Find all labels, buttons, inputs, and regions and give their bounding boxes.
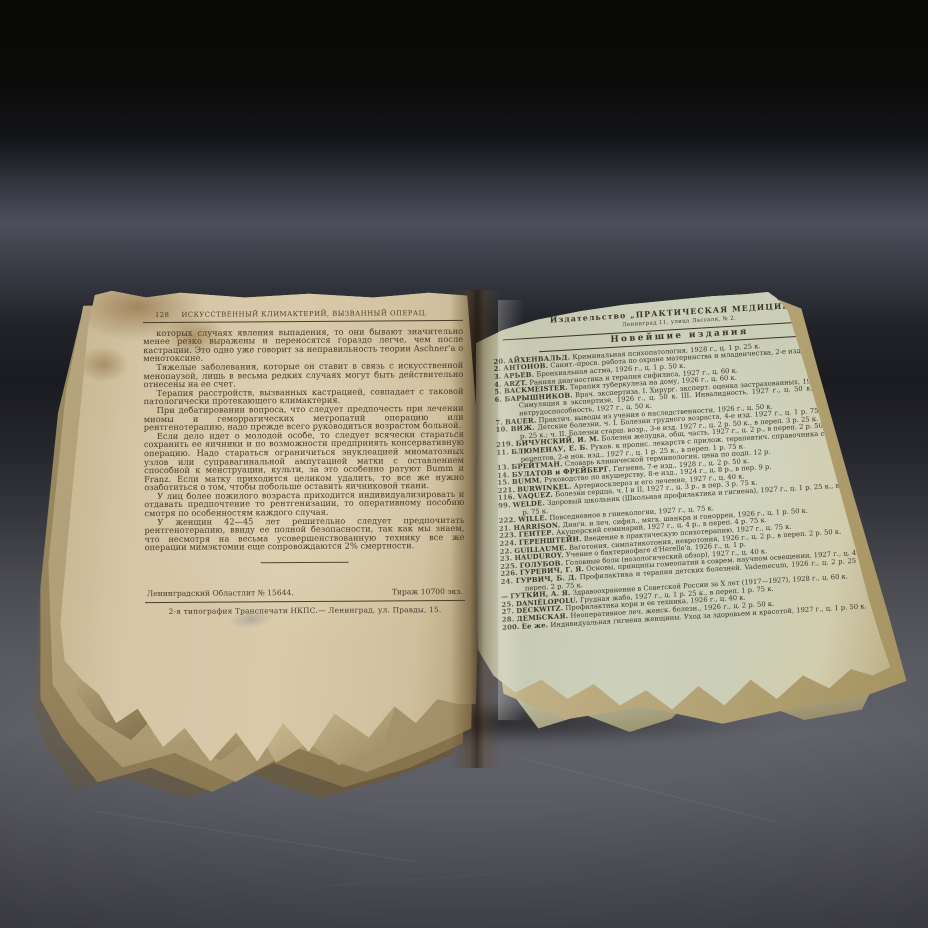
- photo-scene: 128 ИСКУССТВЕННЫЙ КЛИМАКТЕРИЙ, ВЫЗВАННЫЙ…: [0, 0, 928, 928]
- body-paragraph: которых случаях явления выпадения, то он…: [143, 326, 463, 363]
- body-paragraph: При дебатировании вопроса, что следует п…: [144, 404, 464, 432]
- body-paragraph: У женщин 42—45 лет решительно следует пр…: [144, 516, 464, 553]
- catalog-item-number: 200.: [502, 622, 520, 631]
- catalog-item-number: 6.: [495, 395, 503, 403]
- body-paragraph: У лиц более пожилого возраста приходится…: [144, 490, 464, 518]
- imprint-row: Ленинградский Областлит № 15644. Тираж 1…: [145, 588, 465, 603]
- left-page-text-block: 128 ИСКУССТВЕННЫЙ КЛИМАКТЕРИЙ, ВЫЗВАННЫЙ…: [143, 309, 465, 616]
- running-title: ИСКУССТВЕННЫЙ КЛИМАКТЕРИЙ, ВЫЗВАННЫЙ ОПЕ…: [181, 309, 427, 319]
- print-run: Тираж 10700 экз.: [392, 588, 463, 597]
- body-paragraph: Тяжелые заболевания, которые он ставит в…: [143, 361, 463, 389]
- end-rule: [261, 562, 349, 564]
- catalog-item-number: 11.: [496, 448, 509, 457]
- catalog-item-number: 24.: [501, 577, 514, 586]
- body-paragraphs: которых случаях явления выпадения, то он…: [143, 326, 465, 552]
- catalog-item-number: 99.: [498, 501, 511, 510]
- left-page: 128 ИСКУССТВЕННЫЙ КЛИМАКТЕРИЙ, ВЫЗВАННЫЙ…: [52, 288, 480, 766]
- catalog-item-number: 10.: [496, 425, 509, 434]
- catalog-item-author: Ее же.: [522, 621, 549, 631]
- page-number: 128: [155, 311, 170, 320]
- running-head: 128 ИСКУССТВЕННЫЙ КЛИМАКТЕРИЙ, ВЫЗВАННЫЙ…: [143, 309, 463, 323]
- body-paragraph: Если дело идет о молодой особе, то следу…: [144, 430, 464, 492]
- printer-line: 2-я типография Транспечати НКПС.— Ленинг…: [145, 606, 465, 617]
- censor-line: Ленинградский Областлит № 15644.: [147, 589, 294, 599]
